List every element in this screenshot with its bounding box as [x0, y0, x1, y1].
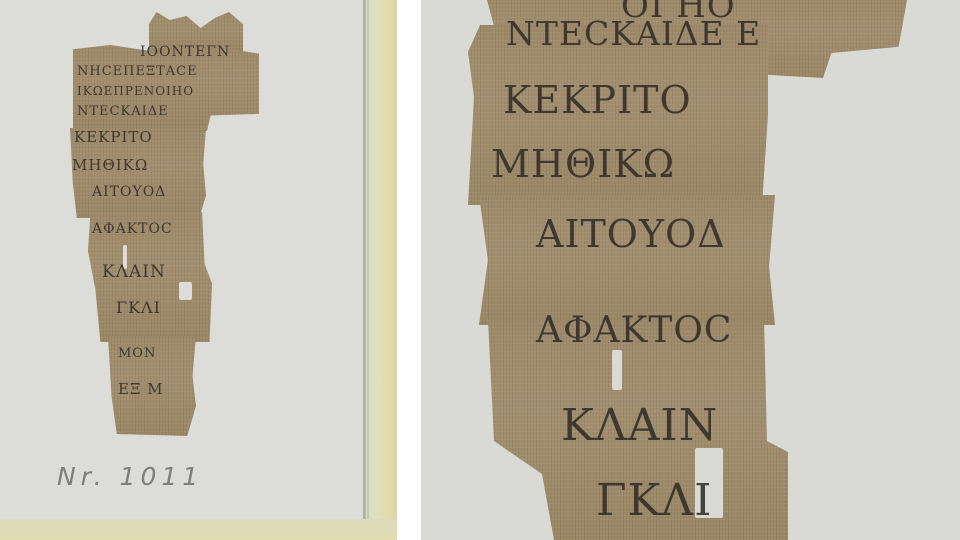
text-line: ΑΦΑΚΤΟC [92, 221, 173, 237]
text-line: ΝΤΕCΚΑΙΔΕ [77, 104, 169, 119]
text-line: ΓΚΛΙ [596, 475, 713, 526]
catalogue-number-label: Nr. 1011 [57, 462, 203, 491]
closeup-photo: ΟΙ ΗΟ ΝΤΕCΚΑΙΔΕ Ε ΚΕΚΡΙΤΟ ΜΗΘΙΚΩ ΑΙΤΟΥΟΔ… [421, 0, 960, 540]
text-line: ΚΛΑΙΝ [102, 262, 166, 282]
text-line: ΚΛΑΙΝ [561, 400, 718, 451]
text-line: ΜΟΝ [118, 346, 156, 361]
text-line: ΝΗCΕΠΕΞΤΑCΕ [77, 64, 198, 79]
text-line: ΜΗΘΙΚΩ [72, 156, 148, 174]
text-line: ΚΕΚΡΙΤΟ [74, 128, 153, 146]
text-line: ΓΚΛΙ [116, 298, 161, 317]
papyrus-hole [179, 282, 192, 300]
text-line: ΑΦΑΚΤΟC [536, 310, 732, 351]
text-line: ΙΟΟΝΤΕΓΝ [140, 44, 230, 60]
frame-tape-right [366, 0, 397, 540]
frame-edge [367, 0, 369, 540]
overview-photo: ΙΟΟΝΤΕΓΝ ΝΗCΕΠΕΞΤΑCΕ ΙΚΩΕΠΡΕΝΟΙΗΟ ΝΤΕCΚΑ… [0, 0, 397, 540]
text-line: ΙΚΩΕΠΡΕΝΟΙΗΟ [77, 84, 194, 98]
text-line: ΑΙΤΟΥΟΔ [536, 212, 726, 256]
text-line: ΜΗΘΙΚΩ [491, 142, 675, 186]
frame-tape-bottom [0, 519, 397, 540]
papyrus-hole [612, 350, 622, 390]
text-line: ΝΤΕCΚΑΙΔΕ Ε [506, 14, 761, 53]
text-line: ΑΙΤΟΥΟΔ [92, 184, 166, 200]
text-line: ΕΞ Μ [118, 380, 164, 398]
panel-divider [397, 0, 421, 540]
text-line: ΚΕΚΡΙΤΟ [503, 78, 692, 122]
